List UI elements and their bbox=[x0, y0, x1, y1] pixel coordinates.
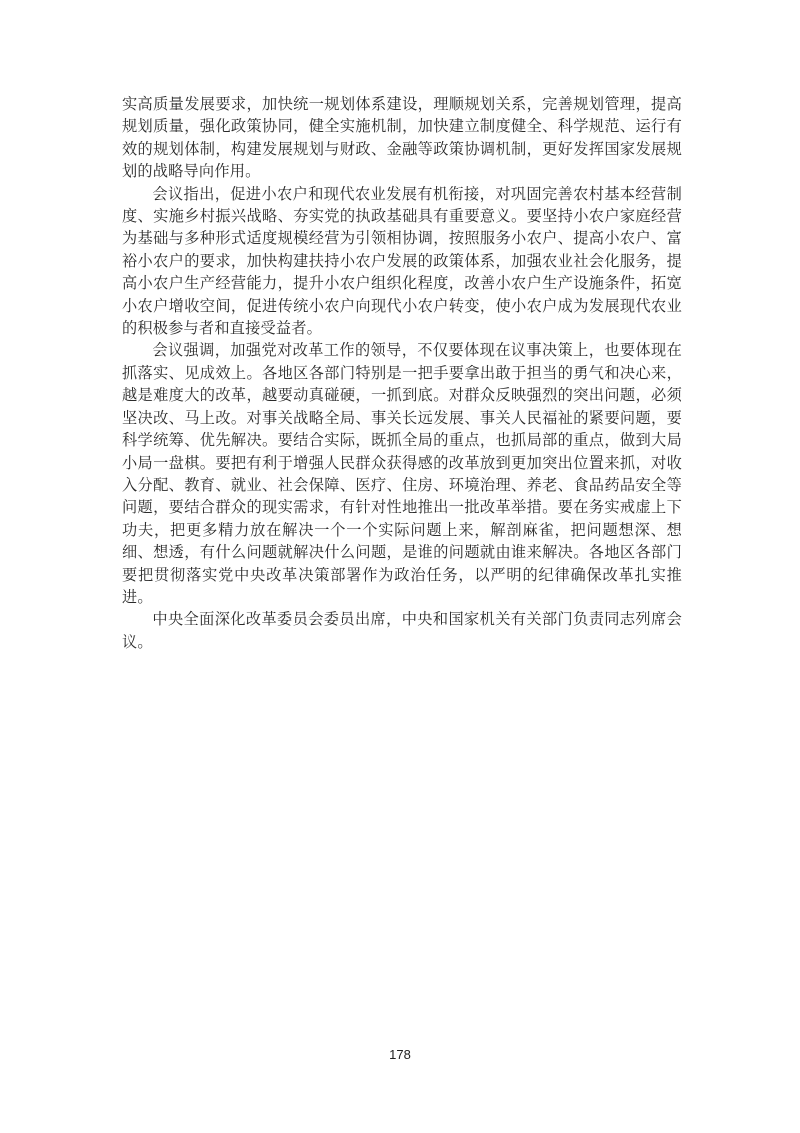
paragraph-continuation: 实高质量发展要求，加快统一规划体系建设，理顺规划关系，完善规划管理，提高规划质量… bbox=[122, 93, 682, 183]
paragraph-reform-leadership: 会议强调，加强党对改革工作的领导，不仅要体现在议事决策上，也要体现在抓落实、见成… bbox=[122, 339, 682, 608]
paragraph-attendance: 中央全面深化改革委员会委员出席，中央和国家机关有关部门负责同志列席会议。 bbox=[122, 608, 682, 653]
page-number: 178 bbox=[0, 1047, 800, 1062]
document-page: 实高质量发展要求，加快统一规划体系建设，理顺规划关系，完善规划管理，提高规划质量… bbox=[0, 0, 800, 1133]
body-text: 实高质量发展要求，加快统一规划体系建设，理顺规划关系，完善规划管理，提高规划质量… bbox=[122, 93, 682, 653]
paragraph-small-farmers: 会议指出，促进小农户和现代农业发展有机衔接，对巩固完善农村基本经营制度、实施乡村… bbox=[122, 183, 682, 340]
